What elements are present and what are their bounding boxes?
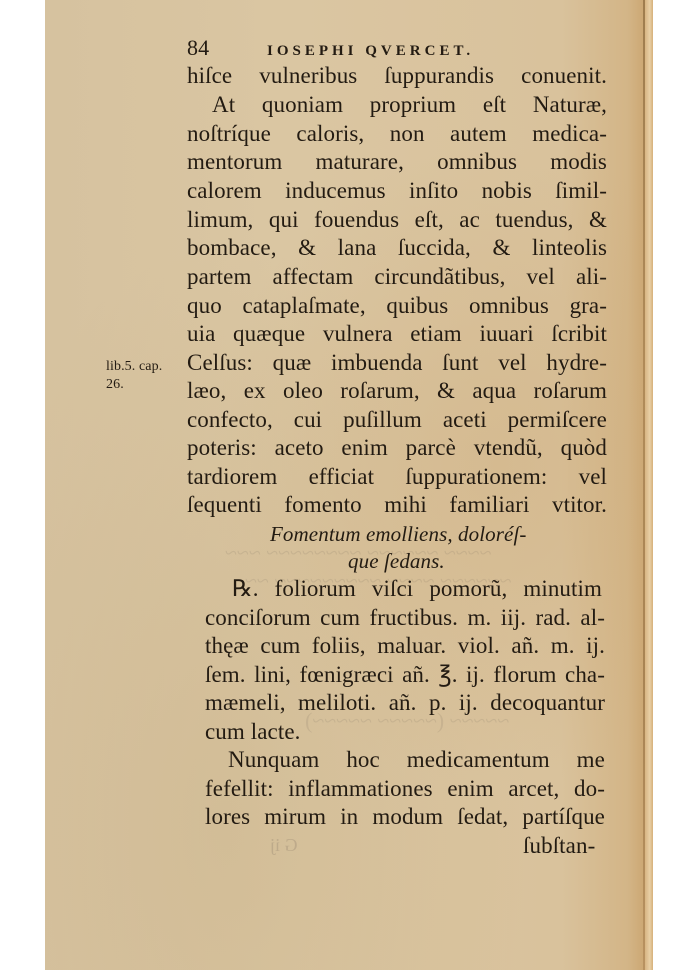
running-head: IOSEPHI QVERCET.	[267, 37, 474, 65]
recipe-title-line-2: que ſedans.	[348, 547, 445, 575]
body-line: bombace, & lana ſuccida, & linteolis	[187, 234, 607, 262]
closing-line: fefellit: inflammationes enim arcet, do-	[205, 775, 605, 803]
page-number: 84	[187, 34, 209, 62]
book-page: ~~~~ ~~~~~~ ~~~~~~~~ ~~~ ~~~~~~ ~~~~ ~~~…	[45, 0, 652, 970]
body-line: Celſus: quæ imbuenda ſunt vel hydre-	[187, 349, 607, 377]
recipe-line: mæmeli, meliloti. añ. p. ij. decoquantur	[205, 689, 605, 717]
recipe-line: thęæ cum foliis, maluar. viol. añ. m. ij…	[205, 632, 605, 660]
catchword: ſubſtan-	[523, 832, 595, 860]
body-line: confecto, cui puſillum aceti permiſcere	[187, 406, 607, 434]
recipe-line: cum lacte.	[205, 718, 301, 746]
signature-mark-bleed: G ij	[270, 835, 298, 856]
margin-note-line-2: 26.	[106, 376, 124, 394]
body-line: At quoniam proprium eſt Naturæ,	[212, 91, 607, 119]
recipe-line: ſem. lini, fœnigræci añ. ℥. ij. florum c…	[205, 661, 605, 689]
closing-line: lores mirum in modum ſedat, partíſque	[205, 803, 605, 831]
recipe-line: ℞. foliorum viſci pomorũ, minutim	[232, 575, 602, 603]
body-line: poteris: aceto enim parcè vtendũ, quòd	[187, 434, 607, 462]
body-line: partem affectam circundãtibus, vel ali-	[187, 263, 607, 291]
body-line: quo cataplaſmate, quibus omnibus gra-	[187, 292, 607, 320]
recipe-title-line-1: Fomentum emolliens, doloréſ-	[270, 520, 527, 548]
recipe-line: conciſorum cum fructibus. m. iij. rad. a…	[205, 604, 605, 632]
closing-line: Nunquam hoc medicamentum me	[228, 746, 605, 774]
body-line: tardiorem efficiat ſuppurationem: vel	[187, 463, 607, 491]
body-line: hiſce vulneribus ſuppurandis conuenit.	[187, 62, 607, 90]
body-line: mentorum maturare, omnibus modis	[187, 148, 607, 176]
margin-note-line-1: lib.5. cap.	[106, 358, 162, 376]
body-line: calorem inducemus inſito nobis ſimil-	[187, 177, 607, 205]
body-line: limum, qui fouendus eſt, ac tuendus, &	[187, 206, 607, 234]
body-line: ſequenti fomento mihi familiari vtitor.	[187, 491, 607, 519]
page-edge	[645, 0, 653, 970]
body-line: noſtríque caloris, non autem medica-	[187, 120, 607, 148]
body-line: uia quæque vulnera etiam iuuari ſcribit	[187, 320, 607, 348]
body-line: læo, ex oleo roſarum, & aqua roſarum	[187, 377, 607, 405]
